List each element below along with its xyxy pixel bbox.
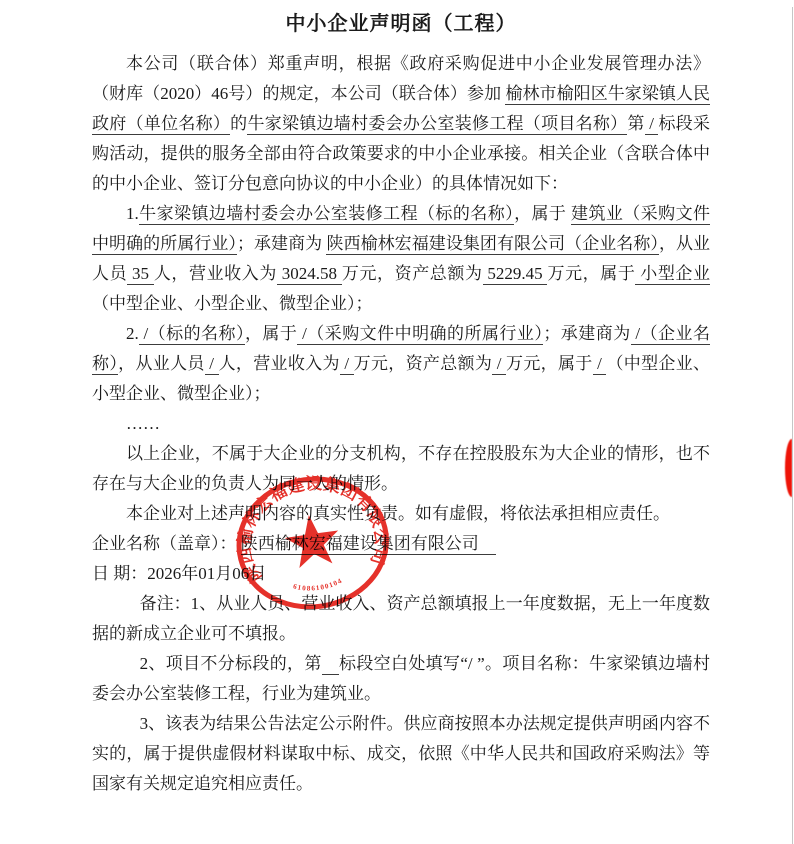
company-name-line: 企业名称（盖章）： 陕西榆林宏福建设集团有限公司 — [92, 529, 710, 559]
text-segment: 2. — [126, 324, 139, 343]
text-segment: 人，营业收入为 — [154, 264, 277, 283]
note-3: 3、该表为结果公告法定公示附件。供应商按照本办法规定提供声明函内容不实的，属于提… — [92, 709, 710, 799]
text-segment: 日 期：2026年01月06日 — [92, 564, 266, 583]
underlined-field: 牛家梁镇边墙村委会办公室装修工程（项目名称） — [247, 114, 627, 135]
text-segment: （中型企业、小型企业、微型企业）； — [92, 294, 373, 313]
text-segment: ；承建商为 — [543, 324, 630, 343]
text-segment: 万元，资产总额为 — [342, 264, 483, 283]
underlined-field: / — [593, 354, 607, 375]
text-segment: 本企业对上述声明内容的真实性负责。如有虚假，将依法承担相应责任。 — [126, 504, 670, 523]
item-1: 1.牛家梁镇边墙村委会办公室装修工程（标的名称），属于 建筑业（采购文件中明确的… — [92, 199, 710, 319]
declaration-paragraph: 本公司（联合体）郑重声明，根据《政府采购促进中小企业发展管理办法》（财库（202… — [92, 49, 710, 199]
no-branch-paragraph: 以上企业，不属于大企业的分支机构，不存在控股股东为大企业的情形，也不存在与大企业… — [92, 439, 710, 499]
partial-seal-edge-mark — [785, 439, 792, 497]
underlined-field: 5229.45 — [483, 264, 548, 285]
underlined-field: 陕西榆林宏福建设集团有限公司（企业名称） — [326, 234, 658, 255]
responsibility-paragraph: 本企业对上述声明内容的真实性负责。如有虚假，将依法承担相应责任。 — [92, 499, 710, 529]
underlined-field: 35 — [127, 264, 154, 285]
item-2: 2. /（标的名称），属于 /（采购文件中明确的所属行业）；承建商为 /（企业名… — [92, 319, 710, 409]
underlined-field: / — [492, 354, 506, 375]
underlined-field: / — [645, 114, 659, 135]
ellipsis-line: …… — [92, 409, 710, 439]
document-page: 中小企业声明函（工程） 本公司（联合体）郑重声明，根据《政府采购促进中小企业发展… — [0, 7, 794, 844]
underlined-field: /（标的名称） — [139, 324, 245, 345]
underlined-field: / — [340, 354, 354, 375]
note-2: 2、项目不分标段的，第 标段空白处填写“/ ”。项目名称：牛家梁镇边墙村委会办公… — [92, 649, 710, 709]
text-segment: 的 — [230, 114, 247, 133]
text-segment: ，属于 — [245, 324, 297, 343]
text-segment: 3、该表为结果公告法定公示附件。供应商按照本办法规定提供声明函内容不实的，属于提… — [92, 714, 710, 793]
text-segment: 企业名称（盖章）： — [92, 534, 241, 553]
text-segment: …… — [126, 414, 160, 433]
underlined-field — [322, 654, 339, 675]
underlined-field: /（采购文件中明确的所属行业） — [297, 324, 543, 345]
underlined-field: 小型企业 — [635, 264, 710, 285]
document-title: 中小企业声明函（工程） — [92, 7, 710, 36]
underlined-field: 3024.58 — [277, 264, 342, 285]
text-segment: 以上企业，不属于大企业的分支机构，不存在控股股东为大企业的情形，也不存在与大企业… — [92, 444, 710, 493]
page-border-line — [792, 7, 793, 844]
note-1: 备注：1、从业人员、营业收入、资产总额填报上一年度数据，无上一年度数据的新成立企… — [92, 589, 710, 649]
text-segment: 万元，属于 — [547, 264, 635, 283]
text-segment: 备注：1、从业人员、营业收入、资产总额填报上一年度数据，无上一年度数据的新成立企… — [92, 594, 710, 643]
text-segment: 1. — [126, 204, 139, 223]
text-segment: ；承建商为 — [237, 234, 327, 253]
text-segment: ，从业人员 — [118, 354, 205, 373]
underlined-field: / — [205, 354, 219, 375]
text-segment: 万元，属于 — [506, 354, 593, 373]
text-segment: 人，营业收入为 — [219, 354, 340, 373]
text-segment: 2、项目不分标段的，第 — [140, 654, 322, 673]
text-segment: 第 — [627, 114, 644, 133]
document-body: 本公司（联合体）郑重声明，根据《政府采购促进中小企业发展管理办法》（财库（202… — [92, 49, 710, 799]
date-line: 日 期：2026年01月06日 — [92, 559, 710, 589]
text-segment: ，属于 — [514, 204, 571, 223]
underlined-field: 陕西榆林宏福建设集团有限公司 — [241, 534, 496, 555]
text-segment: 万元，资产总额为 — [354, 354, 493, 373]
underlined-field: 牛家梁镇边墙村委会办公室装修工程（标的名称） — [139, 204, 514, 225]
